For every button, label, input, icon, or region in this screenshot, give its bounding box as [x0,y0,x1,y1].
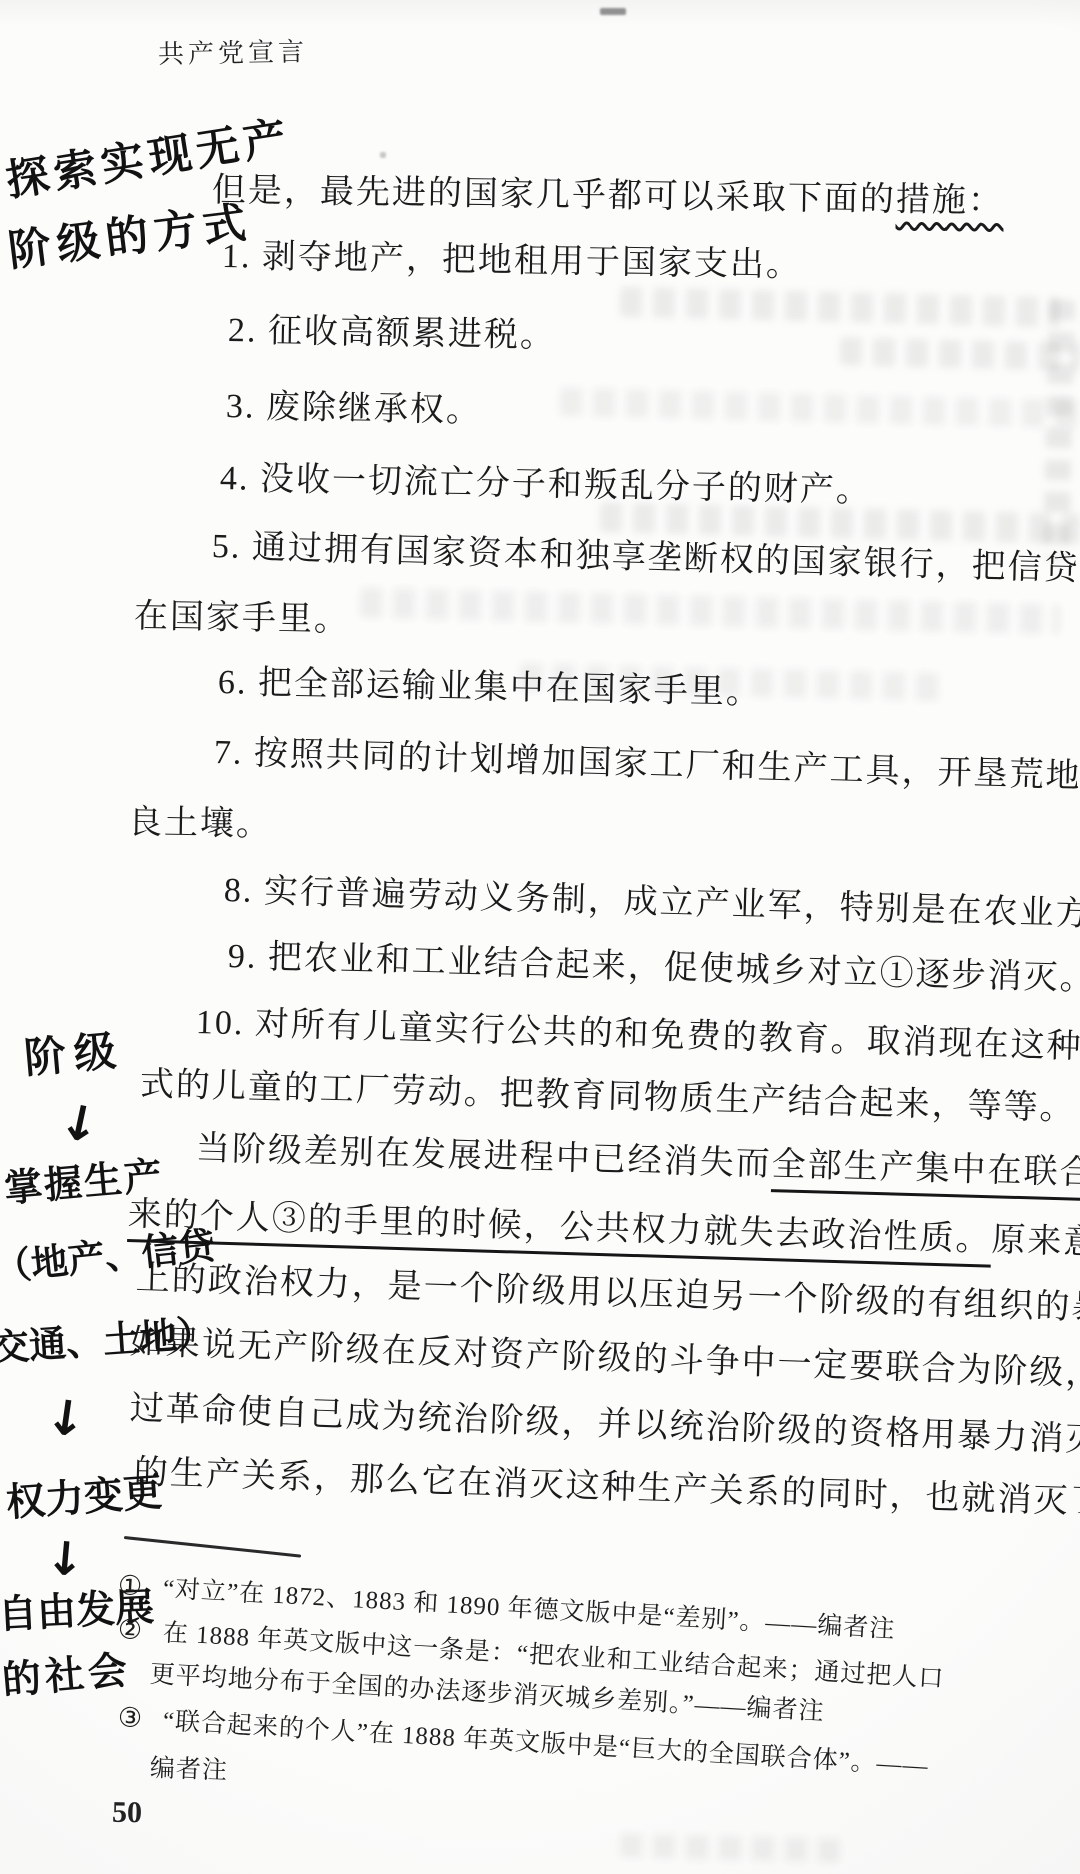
footnote-3-marker: ③ [117,1702,144,1734]
intro-line: 但是，最先进的国家几乎都可以采取下面的措施： [212,162,1005,222]
footnote-1-marker: ① [117,1570,144,1602]
margin-note-class: 阶级 [21,1017,126,1085]
bleed-through-smudge [360,587,1061,634]
down-arrow-icon: ↓ [54,1093,105,1156]
measure-item-6: 6. 把全部运输业集中在国家手里。 [218,654,763,713]
closing-line-2-text: 原来意义 [991,1222,1080,1263]
bleed-through-smudge [1043,300,1075,561]
running-header: 共产党宣言 [158,31,309,71]
measure-item-1: 1. 剥夺地产，把地租用于国家支出。 [222,228,803,286]
measure-item-8: 8. 实行普遍劳动义务制，成立产业军，特别是在农业方面。 [223,862,1080,937]
down-arrow-icon: ↓ [42,1388,90,1449]
closing-line-1: 当阶级差别在发展进程中已经消失而全部生产集中在联合起 [195,1120,1080,1195]
measure-item-7: 7. 按照共同的计划增加国家工厂和生产工具，开垦荒地和改 [213,724,1080,799]
closing-line-6: 的生产关系，那么它在消灭这种生产关系的同时，也就消灭了阶级 [133,1444,1080,1526]
measure-item-4: 4. 没收一切流亡分子和叛乱分子的财产。 [220,450,873,512]
intro-emphasized-word: 措施： [896,182,1005,221]
measure-item-9: 9. 把农业和工业结合起来，促使城乡对立①逐步消灭。② [227,928,1080,1001]
bleed-through-smudge [840,337,1080,371]
footnote-3-cont: 编者注 [149,1748,228,1787]
measure-item-10-cont: 式的儿童的工厂劳动。把教育同物质生产结合起来，等等。 [139,1056,1076,1129]
measure-item-7-cont: 良土壤。 [128,794,273,846]
measure-item-3: 3. 废除继承权。 [226,378,483,431]
bleed-through-smudge [620,1833,841,1862]
page: 共产党宣言 探索实现无产 阶级的方式 但是，最先进的国家几乎都可以采取下面的措施… [0,0,1080,1874]
page-number: 50 [112,1796,143,1831]
photo-speck [380,152,386,158]
footnote-2-marker: ② [117,1614,144,1646]
footnote-separator-line [124,1536,301,1558]
closing-line-2: 来的个人③的手里的时候，公共权力就失去政治性质。原来意义 [127,1186,1080,1265]
measure-item-5: 5. 通过拥有国家资本和独享垄断权的国家银行，把信贷集中 [211,518,1080,592]
margin-note-society: 的社会 [0,1639,133,1706]
measure-item-10: 10. 对所有儿童实行公共的和免费的教育。取消现在这种形 [195,994,1080,1069]
margin-note-power-change: 权力变更 [4,1461,164,1528]
bleed-through-smudge [560,388,1080,429]
hand-underlined-text: 全部生产集中在联合起 [771,1146,1080,1202]
photo-speck [600,8,626,15]
book-page-photo: { "page": { "running_header": "共产党宣言", "… [0,0,1080,1874]
intro-text: 但是，最先进的国家几乎都可以采取下面的 [212,172,896,219]
measure-item-2: 2. 征收高额累进税。 [228,302,557,357]
bleed-through-smudge [620,287,1061,328]
measure-item-5-cont: 在国家手里。 [134,588,351,641]
closing-line-1-text: 当阶级差别在发展进程中已经消失而 [195,1130,772,1183]
